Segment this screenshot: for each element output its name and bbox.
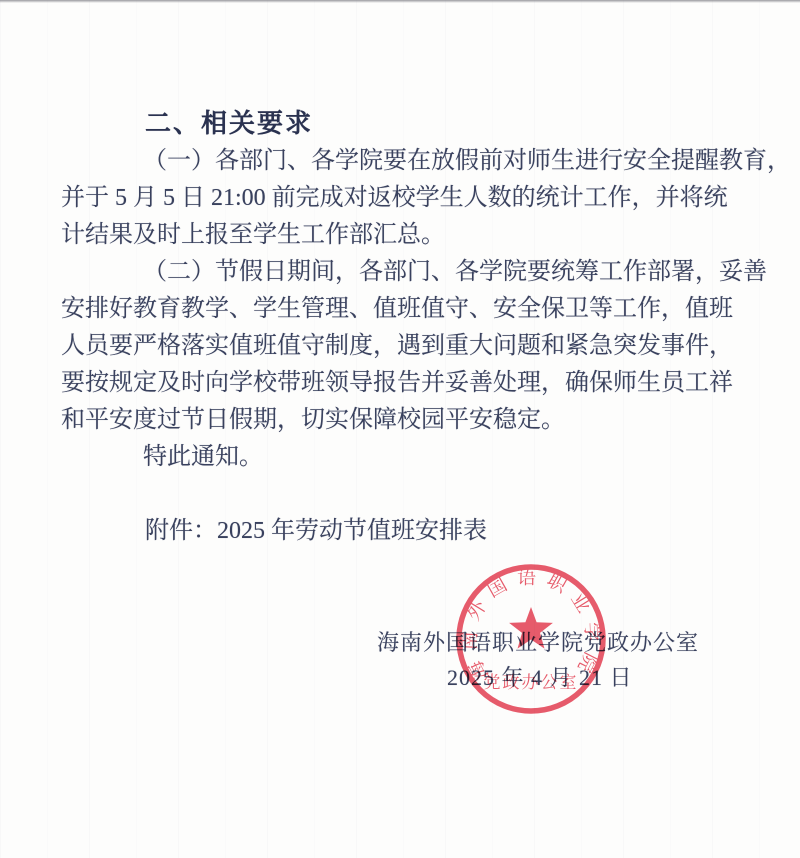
body-line: 要按规定及时向学校带班领导报告并妥善处理，确保师生员工祥 xyxy=(61,365,761,402)
official-seal: 海南外国语职业学院 党政办公室 xyxy=(451,559,611,719)
body-line: 特此通知。 xyxy=(61,439,761,476)
body-line: 人员要严格落实值班值守制度，遇到重大问题和紧急突发事件， xyxy=(61,328,761,365)
seal-bottom-text: 党政办公室 xyxy=(484,673,579,692)
body-line: 和平安度过节日假期，切实保障校园平安稳定。 xyxy=(61,402,761,439)
body-line: （一）各部门、各学院要在放假前对师生进行安全提醒教育， xyxy=(61,143,761,180)
body-line: 安排好教育教学、学生管理、值班值守、安全保卫等工作，值班 xyxy=(61,291,761,328)
section-heading: 二、相关要求 xyxy=(145,108,313,138)
body-line: 并于 5 月 5 日 21:00 前完成对返校学生人数的统计工作，并将统 xyxy=(61,180,761,217)
notice-body: （一）各部门、各学院要在放假前对师生进行安全提醒教育， 并于 5 月 5 日 2… xyxy=(61,143,761,476)
attachment-line: 附件：2025 年劳动节值班安排表 xyxy=(145,517,487,545)
body-line: 计结果及时上报至学生工作部汇总。 xyxy=(61,217,761,254)
seal-star xyxy=(509,607,553,649)
document-page: 二、相关要求 （一）各部门、各学院要在放假前对师生进行安全提醒教育， 并于 5 … xyxy=(0,0,800,858)
scan-edge-top xyxy=(0,0,800,3)
body-line: （二）节假日期间，各部门、各学院要统筹工作部署，妥善 xyxy=(61,254,761,291)
